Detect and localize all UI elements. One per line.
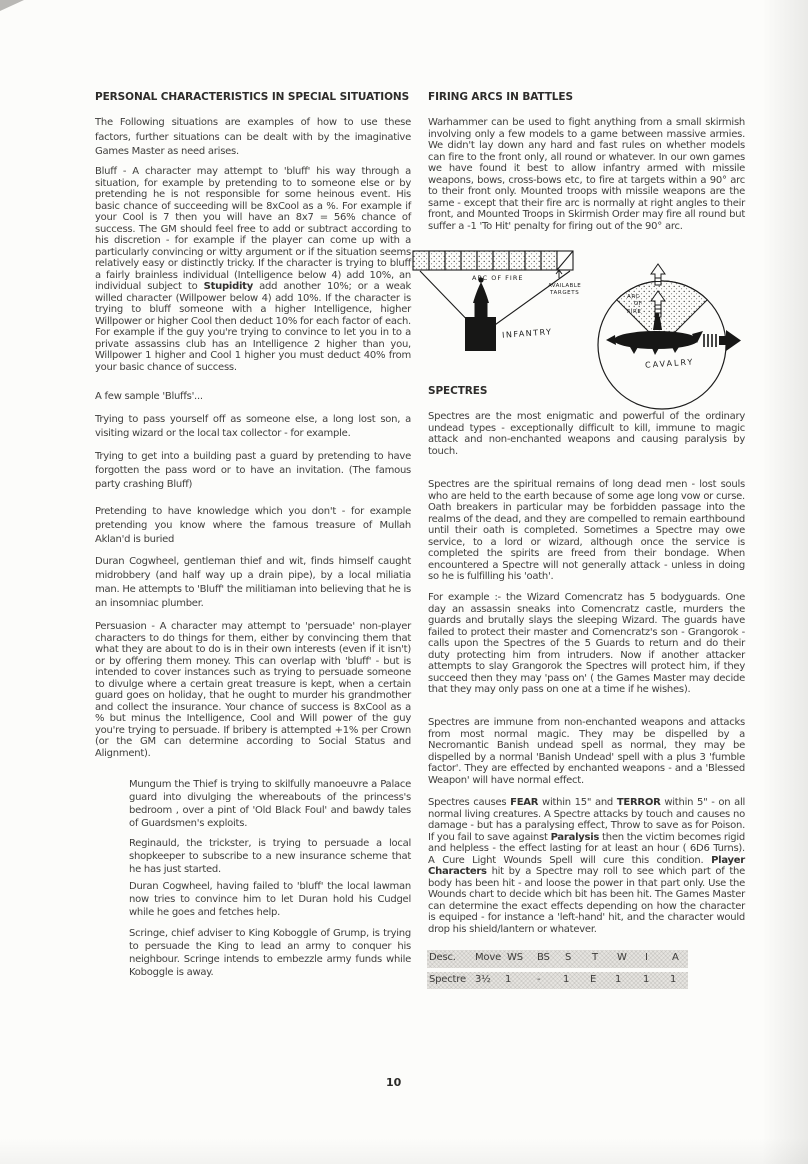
table-row: Spectre 3½ 1 - 1 E 1 1 1 xyxy=(427,972,688,989)
cell-a: 1 xyxy=(670,974,676,985)
col-s: S xyxy=(565,952,571,963)
cell-t: E xyxy=(590,974,596,985)
paragraph-spectres-fear: Spectres causes FEAR within 15" and TERR… xyxy=(428,797,745,935)
col-a: A xyxy=(672,952,679,963)
infantry-figure xyxy=(465,277,496,351)
paragraph-spectres-example: For example :- the Wizard Comencratz has… xyxy=(428,592,745,696)
cell-bs: - xyxy=(537,974,540,985)
paragraph-duran-cogwheel: Duran Cogwheel, gentleman thief and wit,… xyxy=(95,555,411,611)
heading-firing-arcs: FIRING ARCS IN BATTLES xyxy=(428,91,573,103)
col-move: Move xyxy=(475,952,501,963)
paragraph-persuasion: Persuasion - A character may attempt to … xyxy=(95,621,411,759)
left-column: PERSONAL CHARACTERISTICS IN SPECIAL SITU… xyxy=(95,0,411,1164)
cell-ws: 1 xyxy=(505,974,511,985)
available-targets-line1: AVAILABLE xyxy=(548,283,581,289)
page-number: 10 xyxy=(386,1076,401,1089)
cell-move: 3½ xyxy=(475,974,491,985)
col-bs: BS xyxy=(537,952,550,963)
paragraph-bluff: Bluff - A character may attempt to 'bluf… xyxy=(95,166,411,373)
paragraph-spectres-1: Spectres are the most enigmatic and powe… xyxy=(428,411,745,457)
target-strip xyxy=(413,251,573,270)
arc-word-2: OF xyxy=(634,301,643,307)
col-i: I xyxy=(645,952,648,963)
col-ws: WS xyxy=(507,952,523,963)
heading-personal-characteristics: PERSONAL CHARACTERISTICS IN SPECIAL SITU… xyxy=(95,91,409,103)
available-targets-line2: TARGETS xyxy=(549,290,579,296)
paragraph-bluff-example-3: Pretending to have knowledge which you d… xyxy=(95,505,411,547)
paragraph-bluff-example-1: Trying to pass yourself off as someone e… xyxy=(95,413,411,441)
paragraph-bluff-example-2: Trying to get into a building past a gua… xyxy=(95,450,411,492)
paragraph-scringe: Scringe, chief adviser to King Koboggle … xyxy=(129,927,411,979)
scan-corner-artifact xyxy=(0,0,24,11)
paragraph-duran-failed: Duran Cogwheel, having failed to 'bluff'… xyxy=(129,880,411,919)
scanned-rulebook-page: PERSONAL CHARACTERISTICS IN SPECIAL SITU… xyxy=(0,0,808,1164)
col-t: T xyxy=(592,952,598,963)
table-header-row: Desc. Move WS BS S T W I A xyxy=(427,950,688,968)
firing-arcs-diagram: ARC OF FIRE AVAILABLE TARGETS INFANTRY xyxy=(408,245,780,413)
col-desc: Desc. xyxy=(429,952,456,963)
col-w: W xyxy=(617,952,627,963)
spectre-stats-table: Desc. Move WS BS S T W I A Spectre 3½ 1 … xyxy=(427,950,688,990)
arc-word-3: FIRE xyxy=(627,309,641,315)
paragraph-firing-arcs: Warhammer can be used to fight anything … xyxy=(428,117,745,232)
paragraph-spectres-immunities: Spectres are immune from non-enchanted w… xyxy=(428,717,745,786)
paragraph-reginauld: Reginauld, the trickster, is trying to p… xyxy=(129,837,411,876)
cell-i: 1 xyxy=(643,974,649,985)
arc-word-1: ARC xyxy=(627,294,640,300)
infantry-label: INFANTRY xyxy=(502,327,553,340)
cell-w: 1 xyxy=(615,974,621,985)
paragraph-sample-bluffs: A few sample 'Bluffs'... xyxy=(95,391,411,403)
cell-desc: Spectre xyxy=(429,974,466,985)
paragraph-intro: The Following situations are examples of… xyxy=(95,116,411,160)
paragraph-mungum: Mungum the Thief is trying to skilfully … xyxy=(129,778,411,830)
cell-s: 1 xyxy=(563,974,569,985)
paragraph-spectres-2: Spectres are the spiritual remains of lo… xyxy=(428,479,745,583)
